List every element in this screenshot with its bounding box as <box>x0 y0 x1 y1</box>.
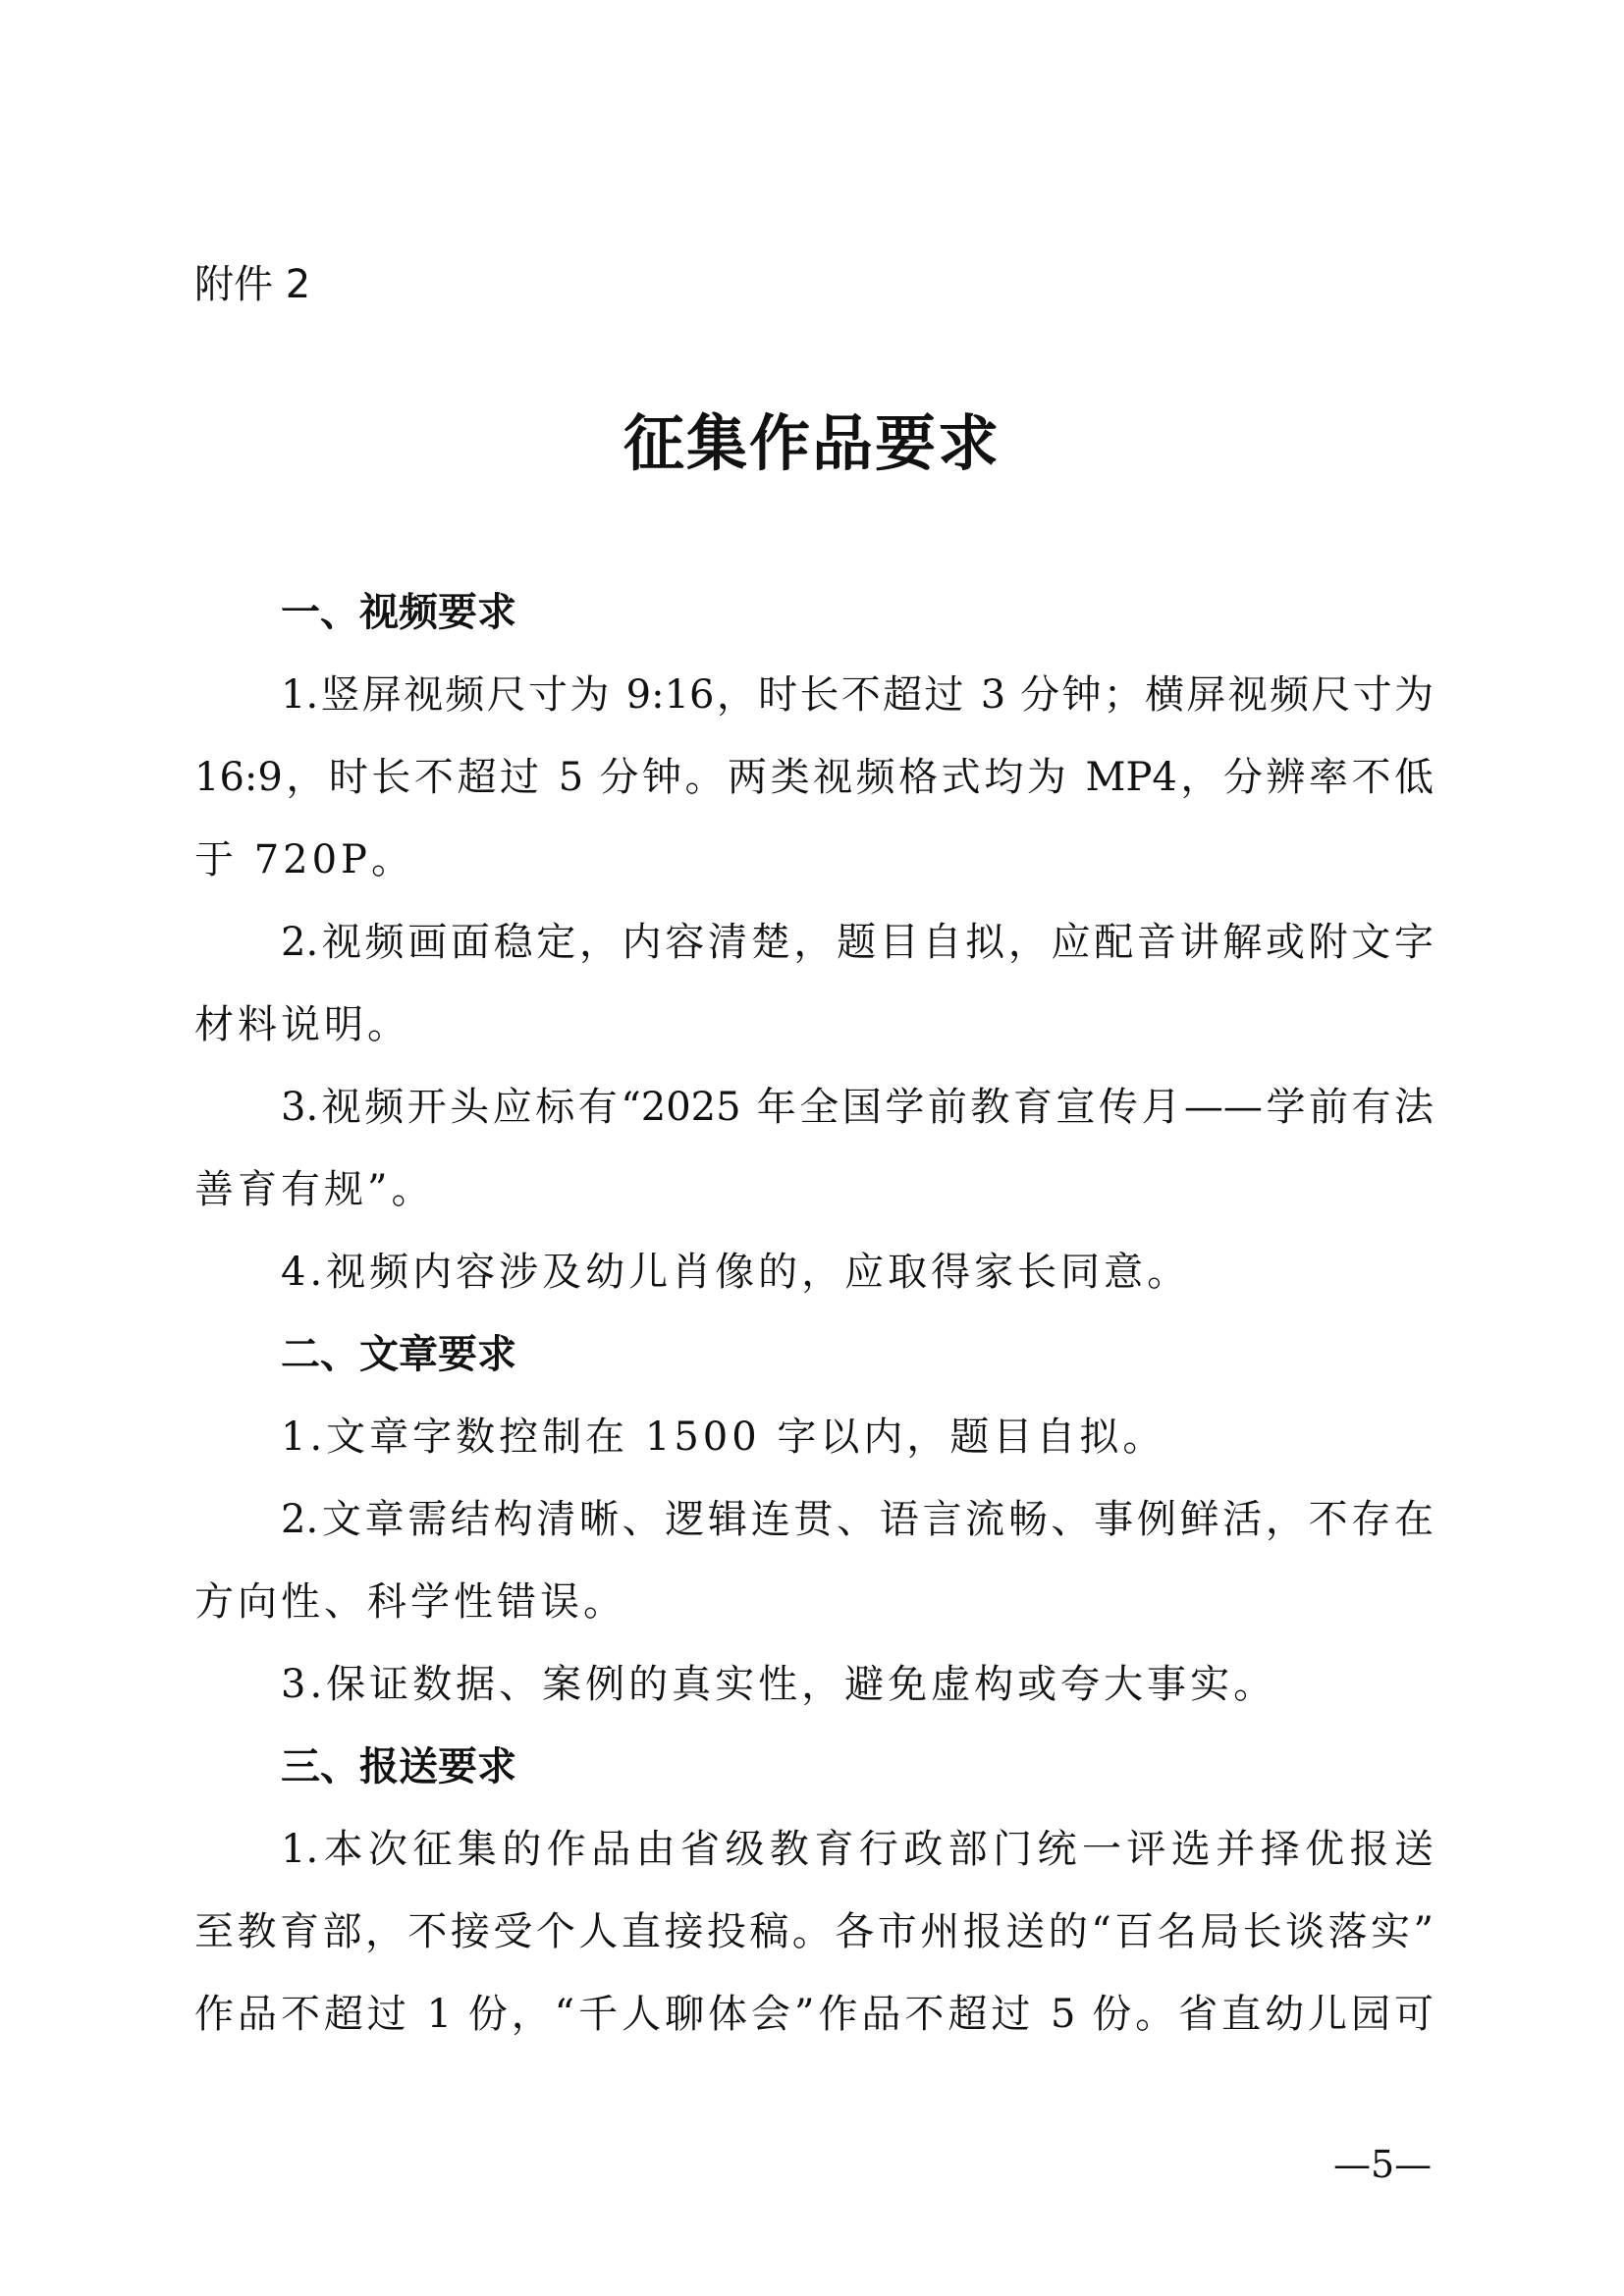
attachment-label: 附件 2 <box>194 257 310 312</box>
paragraph-line: 3.保证数据、案例的真实性，避免虚构或夸大事实。 <box>281 1657 1434 1712</box>
paragraph-line: 1.文章字数控制在 1500 字以内，题目自拟。 <box>281 1410 1434 1465</box>
paragraph-line: 于 720P。 <box>194 832 1434 887</box>
paragraph-line: 材料说明。 <box>194 997 1434 1052</box>
paragraph-line: 16:9，时长不超过 5 分钟。两类视频格式均为 MP4，分辨率不低 <box>194 750 1434 805</box>
section-heading-article: 二、文章要求 <box>281 1327 516 1382</box>
paragraph-line: 作品不超过 1 份，“千人聊体会”作品不超过 5 份。省直幼儿园可 <box>194 1987 1434 2042</box>
paragraph-line: 1.本次征集的作品由省级教育行政部门统一评选并择优报送 <box>281 1822 1434 1877</box>
paragraph-line: 2.视频画面稳定，内容清楚，题目自拟，应配音讲解或附文字 <box>281 915 1434 970</box>
paragraph-line: 1.竖屏视频尺寸为 9:16，时长不超过 3 分钟；横屏视频尺寸为 <box>281 667 1434 722</box>
paragraph-line: 方向性、科学性错误。 <box>194 1575 1434 1629</box>
paragraph-line: 至教育部，不接受个人直接投稿。各市州报送的“百名局长谈落实” <box>194 1904 1434 1959</box>
document-page: 附件 2 征集作品要求 一、视频要求 1.竖屏视频尺寸为 9:16，时长不超过 … <box>0 0 1624 2296</box>
page-number: —5— <box>1333 2140 1432 2189</box>
section-heading-video: 一、视频要求 <box>281 585 516 640</box>
section-heading-submission: 三、报送要求 <box>281 1739 516 1794</box>
paragraph-line: 4.视频内容涉及幼儿肖像的，应取得家长同意。 <box>281 1245 1434 1300</box>
paragraph-line: 3.视频开头应标有“2025 年全国学前教育宣传月——学前有法 <box>281 1080 1434 1135</box>
page-title: 征集作品要求 <box>0 404 1624 483</box>
paragraph-line: 2.文章需结构清晰、逻辑连贯、语言流畅、事例鲜活，不存在 <box>281 1492 1434 1547</box>
paragraph-line: 善育有规”。 <box>194 1162 1434 1217</box>
